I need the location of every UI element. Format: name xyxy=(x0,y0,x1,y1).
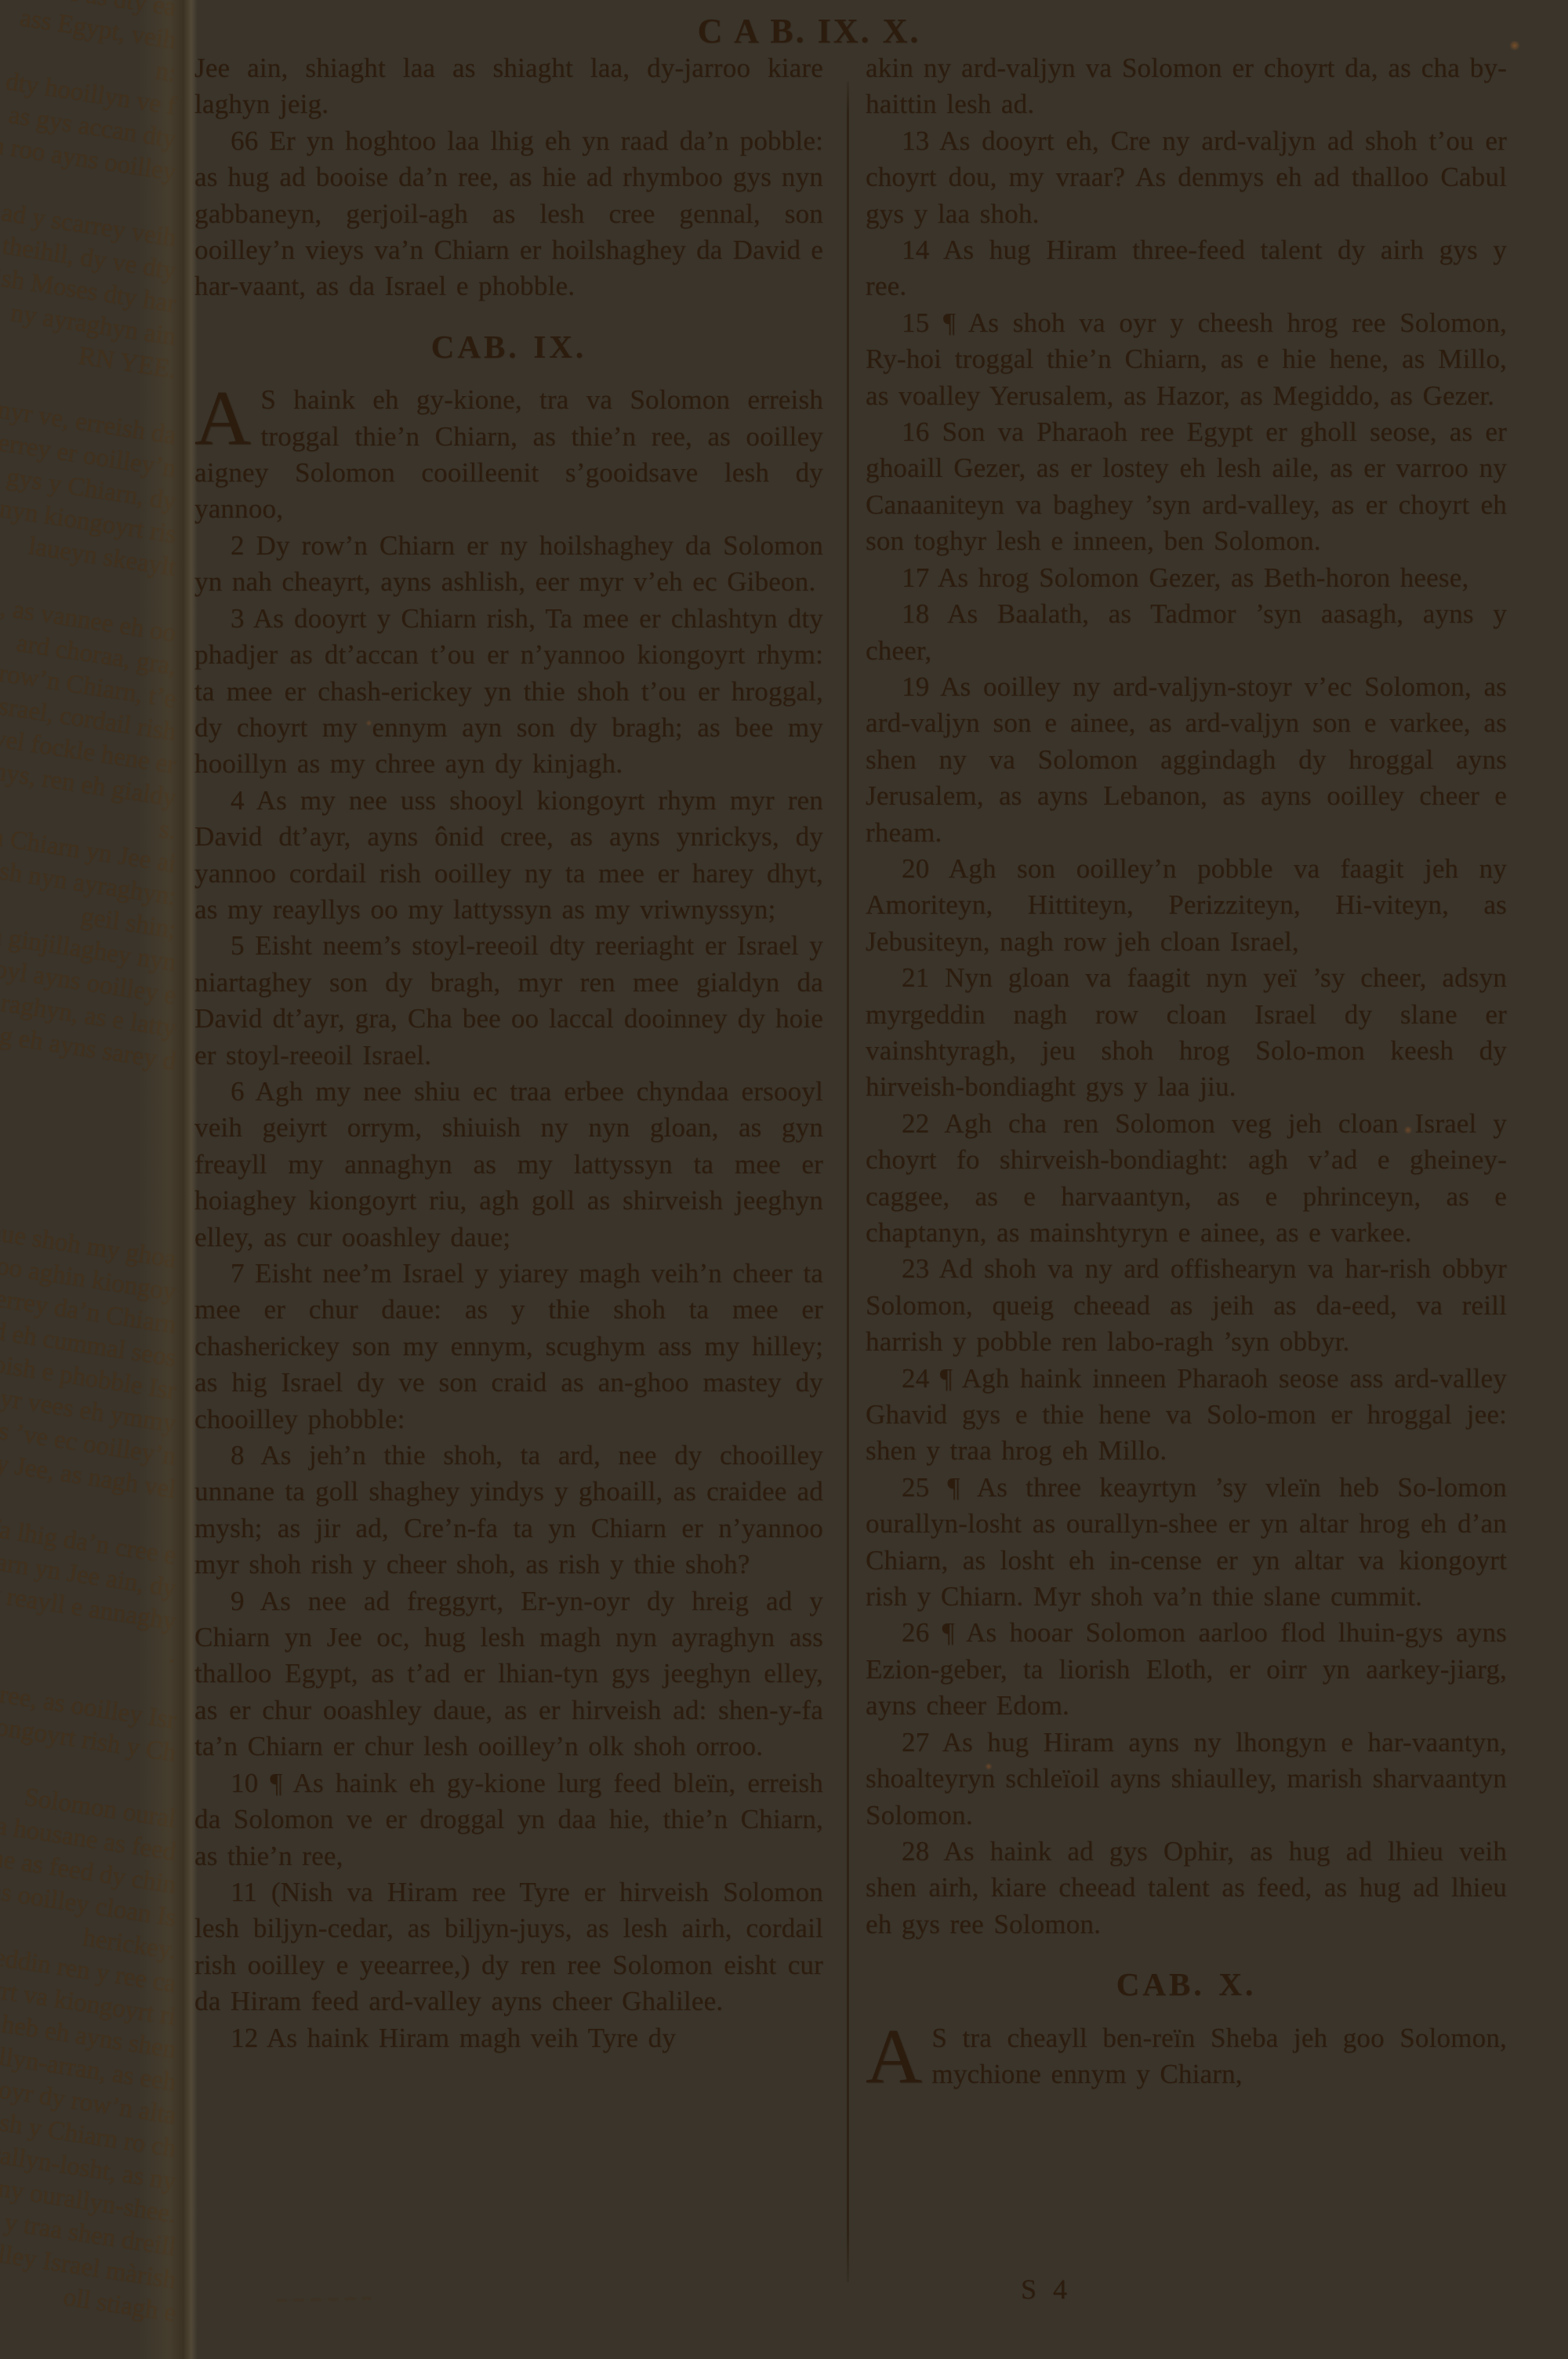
foxing-spot xyxy=(1508,41,1521,50)
signature-mark: S 4 xyxy=(1021,2273,1072,2306)
chapter-heading: CAB. X. xyxy=(866,1966,1507,2002)
verse-paragraph: 22 Agh cha ren Solomon veg jeh cloan Isr… xyxy=(866,1106,1507,1252)
verse-paragraph: 24 ¶ Agh haink inneen Pharaoh seose ass … xyxy=(866,1361,1507,1470)
ink-smudge xyxy=(276,2297,372,2303)
gutter-text: . xyxy=(167,1638,178,1672)
verse-paragraph: 15 ¶ As shoh va oyr y cheesh hrog ree So… xyxy=(866,305,1507,414)
verse-paragraph: AS tra cheayll ben-reïn Sheba jeh goo So… xyxy=(866,2020,1507,2093)
verse-paragraph: 9 As nee ad freggyrt, Er-yn-oyr dy hreig… xyxy=(194,1583,823,1765)
drop-cap: A xyxy=(866,2020,931,2088)
verse-paragraph: 11 (Nish va Hiram ree Tyre er hirveish S… xyxy=(194,1874,823,2020)
verse-paragraph: 16 Son va Pharaoh ree Egypt er gholl seo… xyxy=(866,414,1507,560)
paragraph-continuation: Jee ain, shiaght laa as shiaght laa, dy-… xyxy=(194,50,823,123)
verse-paragraph: AS haink eh gy-kione, tra va Solomon err… xyxy=(194,382,823,528)
gutter-text xyxy=(173,1145,178,1178)
verse-paragraph: 28 As haink ad gys Ophir, as hug ad lhie… xyxy=(866,1834,1507,1943)
gutter-text: n: xyxy=(154,55,179,90)
left-column: Jee ain, shiaght laa as shiaght laa, dy-… xyxy=(194,50,823,2056)
verse-paragraph: 18 As Baalath, as Tadmor ’syn aasagh, ay… xyxy=(866,596,1507,669)
gutter-text xyxy=(173,1079,178,1112)
verse-paragraph: 4 As my nee uss shooyl kiongoyrt rhym my… xyxy=(194,783,823,929)
gutter-text xyxy=(173,1771,178,1804)
gutter-text xyxy=(173,1507,178,1540)
column-divider-rule xyxy=(847,82,849,2282)
drop-cap: A xyxy=(194,382,260,449)
paragraph-continuation: akin ny ard-valjyn va Solomon er choyrt … xyxy=(866,50,1507,123)
verse-paragraph: 19 As ooilley ny ard-valjyn-stoyr v’ec S… xyxy=(866,669,1507,851)
verse-paragraph: 5 Eisht neem’s stoyl-reeoil dty reeriagh… xyxy=(194,928,823,1074)
gutter-text xyxy=(173,1178,178,1211)
verse-paragraph: 2 Dy row’n Chiarn er ny hoilshaghey da S… xyxy=(194,528,823,601)
verse-paragraph: 6 Agh my nee shiu ec traa erbee chyndaa … xyxy=(194,1074,823,1256)
verse-paragraph: 13 As dooyrt eh, Cre ny ard-valjyn ad sh… xyxy=(866,123,1507,232)
verse-paragraph: 12 As haink Hiram magh veih Tyre dy xyxy=(194,2020,823,2056)
gutter-text xyxy=(173,1672,178,1705)
running-head: C A B. IX. X. xyxy=(698,11,921,51)
chapter-heading: CAB. IX. xyxy=(194,329,823,365)
verse-paragraph: 21 Nyn gloan va faagit nyn yeï ’sy cheer… xyxy=(866,960,1507,1106)
verse-paragraph: 7 Eisht nee’m Israel y yiarey magh veih’… xyxy=(194,1256,823,1438)
verse-paragraph: 23 Ad shoh va ny ard offishearyn va har-… xyxy=(866,1251,1507,1360)
gutter-text: s. xyxy=(157,813,178,849)
verse-paragraph: 25 ¶ As three keayrtyn ’sy vleïn heb So-… xyxy=(866,1470,1507,1616)
verse-paragraph: 10 ¶ As haink eh gy-kione lurg feed bleï… xyxy=(194,1765,823,1874)
gutter-text xyxy=(173,190,178,223)
verse-paragraph: 3 As dooyrt y Chiarn rish, Ta mee er chl… xyxy=(194,601,823,783)
verse-paragraph: 8 As jeh’n thie shoh, ta ard, nee dy cho… xyxy=(194,1438,823,1583)
verse-paragraph: 17 As hrog Solomon Gezer, as Beth-horon … xyxy=(866,560,1507,596)
verse-paragraph: 27 As hug Hiram ayns ny lhongyn e har-va… xyxy=(866,1725,1507,1834)
gutter-text xyxy=(173,585,178,618)
gutter-page-edge: ble as dty eaass Egypt, veihn:dty hooill… xyxy=(0,0,183,2359)
gutter-text xyxy=(173,1112,178,1145)
gutter-text xyxy=(173,387,178,420)
right-column: akin ny ard-valjyn va Solomon er choyrt … xyxy=(866,50,1507,2092)
verse-paragraph: 14 As hug Hiram three-feed talent dy air… xyxy=(866,232,1507,305)
verse-paragraph: 26 ¶ As hooar Solomon aarloo flod lhuin-… xyxy=(866,1615,1507,1724)
verse-paragraph: 20 Agh son ooilley’n pobble va faagit je… xyxy=(866,851,1507,960)
book-page: ble as dty eaass Egypt, veihn:dty hooill… xyxy=(0,0,1568,2359)
verse-paragraph: 66 Er yn hoghtoo laa lhig eh yn raad da’… xyxy=(194,123,823,305)
gutter-text xyxy=(173,1211,178,1244)
